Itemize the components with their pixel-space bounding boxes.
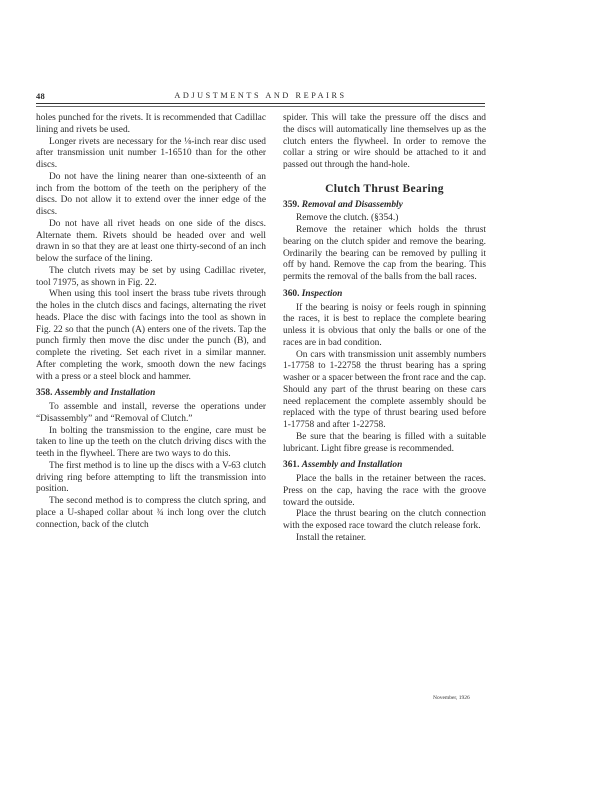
section-number: 358. [36,388,52,398]
paragraph: Do not have all rivet heads on one side … [36,219,266,266]
section-number: 361. [283,460,299,470]
paragraph: If the bearing is noisy or feels rough i… [283,303,486,350]
right-column: spider. This will take the pressure off … [283,113,486,545]
section-number: 360. [283,289,299,299]
paragraph: On cars with transmission unit assembly … [283,350,486,432]
footer-date: November, 1926 [433,695,470,701]
paragraph: holes punched for the rivets. It is reco… [36,113,266,137]
paragraph: To assemble and install, reverse the ope… [36,402,266,426]
paragraph: In bolting the transmission to the engin… [36,426,266,461]
header-rule [36,103,485,107]
paragraph: Place the balls in the retainer between … [283,474,486,509]
paragraph: Install the retainer. [283,533,486,545]
section-heading-361: 361. Assembly and Installation [283,460,486,472]
left-column: holes punched for the rivets. It is reco… [36,113,266,531]
major-heading: Clutch Thrust Bearing [283,183,486,195]
section-heading-358: 358. Assembly and Installation [36,388,266,400]
running-title: ADJUSTMENTS AND REPAIRS [36,91,485,100]
paragraph: The first method is to line up the discs… [36,461,266,496]
section-heading-359: 359. Removal and Disassembly [283,200,486,212]
paragraph: Do not have the lining nearer than one-s… [36,172,266,219]
section-title: Assembly and Installation [55,388,156,398]
section-title: Inspection [302,289,343,299]
paragraph: Remove the clutch. (§354.) [283,213,486,225]
section-title: Assembly and Installation [302,460,403,470]
paragraph: When using this tool insert the brass tu… [36,289,266,383]
section-title: Removal and Disassembly [302,200,403,210]
paragraph: The second method is to compress the clu… [36,496,266,531]
section-number: 359. [283,200,299,210]
paragraph: The clutch rivets may be set by using Ca… [36,266,266,290]
paragraph: Remove the retainer which holds the thru… [283,225,486,284]
section-heading-360: 360. Inspection [283,289,486,301]
paragraph: Longer rivets are necessary for the ⅛-in… [36,137,266,172]
paragraph: spider. This will take the pressure off … [283,113,486,172]
paragraph: Be sure that the bearing is filled with … [283,432,486,456]
paragraph: Place the thrust bearing on the clutch c… [283,509,486,533]
